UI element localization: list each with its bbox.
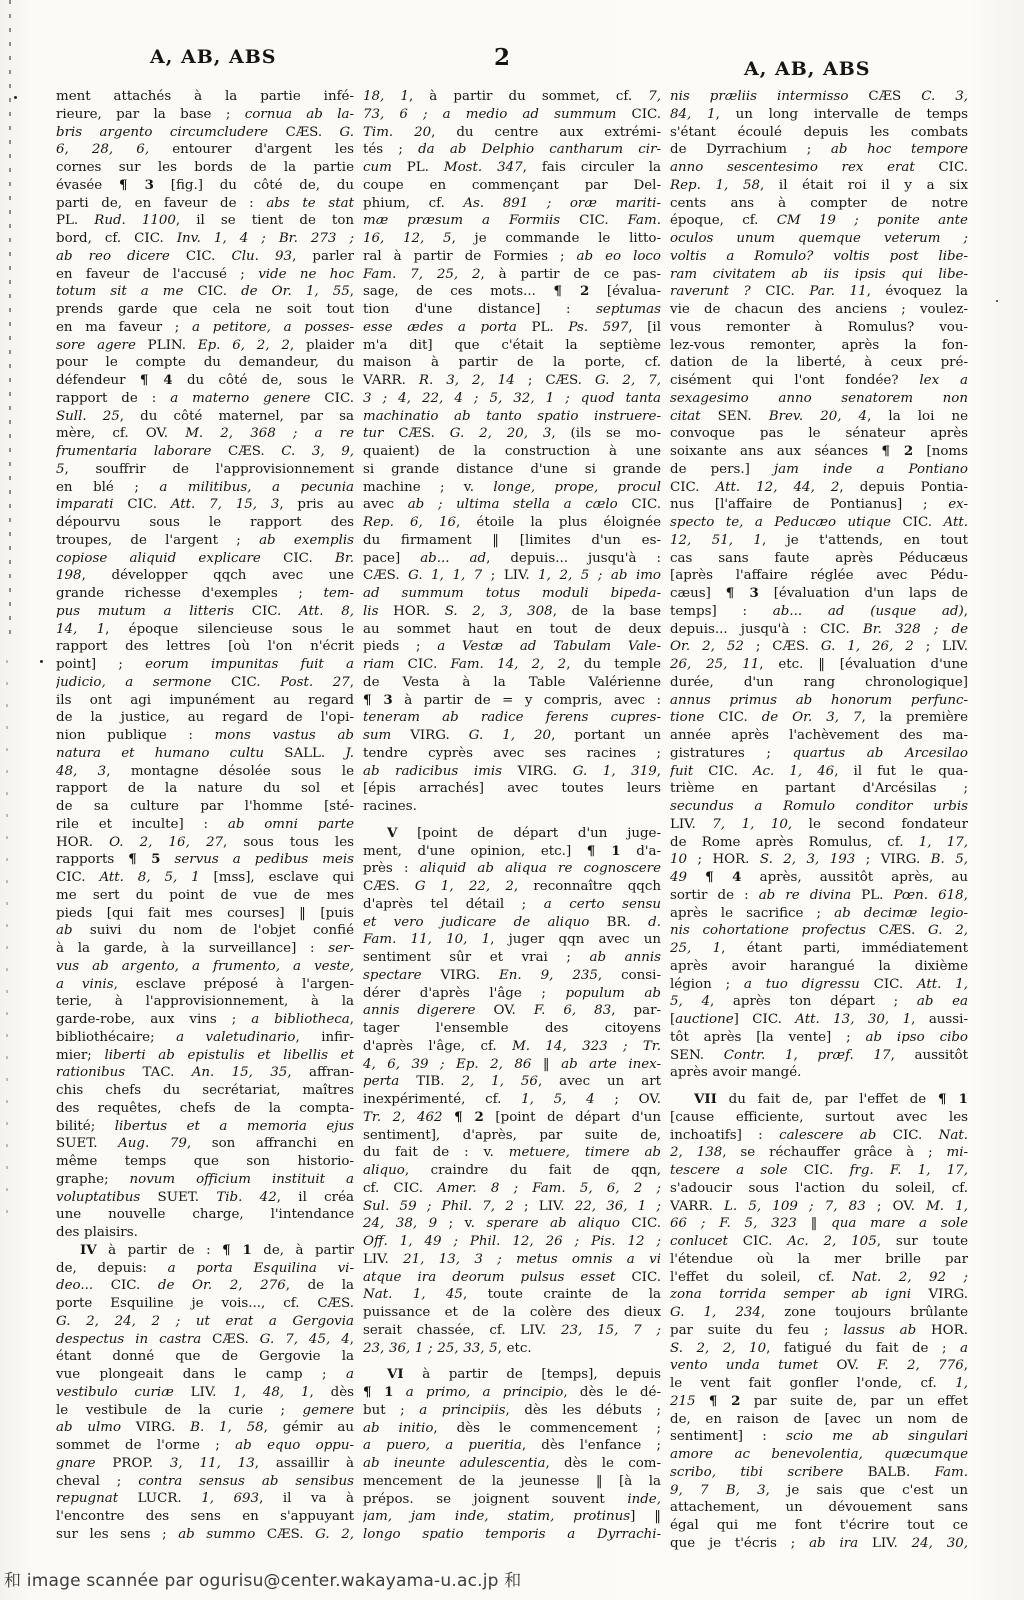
text-line: repugnat LUCR. 1, 693, il va à — [56, 1490, 354, 1508]
text-line: rationibus TAC. An. 15, 35, affran- — [56, 1064, 354, 1082]
text-line: du fait de : v. metuere, timere ab — [363, 1144, 661, 1162]
text-line: pus mutum a litteris CIC. Att. 8, — [56, 603, 354, 621]
text-line: aliquo, craindre du fait de qqn, — [363, 1162, 661, 1180]
text-line: parti de, en faveur de : abs te stat — [56, 195, 354, 213]
text-line: copiose aliquid explicare CIC. Br. — [56, 550, 354, 568]
text-line: si grande distance d'une si grande — [363, 461, 661, 479]
text-line: Sull. 25, du côté maternel, par sa — [56, 408, 354, 426]
text-line: puissance et de la colère des dieux — [363, 1304, 661, 1322]
text-line: sore agere PLIN. Ep. 6, 2, 2, plaider — [56, 337, 354, 355]
text-line: Or. 2, 52 ; CÆS. G. 1, 26, 2 ; LIV. — [670, 638, 968, 656]
text-line: VII du fait de, par l'effet de ¶ 1 — [670, 1091, 968, 1109]
text-line: cents ans à compter de notre — [670, 195, 968, 213]
text-line: anno sescentesimo rex erat CIC. — [670, 159, 968, 177]
text-line: bibliothécaire; a valetudinario, infir- — [56, 1029, 354, 1047]
text-line: 2, 138, se réchauffer grâce à ; mi- — [670, 1144, 968, 1162]
text-line: me sert du point de vue de mes — [56, 887, 354, 905]
text-line: l'étendue où la mer brille par — [670, 1251, 968, 1269]
text-line: oculos unum quemque veterum ; — [670, 230, 968, 248]
text-line: natura et humano cultu SALL. J. — [56, 745, 354, 763]
text-line: cf. CIC. Amer. 8 ; Fam. 5, 6, 2 ; — [363, 1180, 661, 1198]
text-line: longo spatio temporis a Dyrrachi- — [363, 1526, 661, 1544]
text-line: tur CÆS. G. 2, 20, 3, (ils se mo- — [363, 425, 661, 443]
text-line: VI à partir de [temps], depuis — [363, 1366, 661, 1384]
text-line: de Vesta à la Table Valérienne — [363, 674, 661, 692]
text-line: attachement, un dévouement sans — [670, 1499, 968, 1517]
text-line: l'encontre des sens en s'appuyant — [56, 1508, 354, 1526]
text-line: S. 2, 2, 10, fatigué du fait de ; a — [670, 1340, 968, 1358]
text-line: 4, 6, 39 ; Ep. 2, 86 ‖ ab arte inex- — [363, 1056, 661, 1074]
text-line: temps] : ab... ad (usque ad), — [670, 603, 968, 621]
text-line: de Dyrrachium ; ab hoc tempore — [670, 141, 968, 159]
text-line: soixante ans aux séances ¶ 2 [noms — [670, 443, 968, 461]
text-line: CÆS. G. 1, 1, 7 ; LIV. 1, 2, 5 ; ab imo — [363, 567, 661, 585]
text-line: année après l'achèvement des ma- — [670, 727, 968, 745]
text-line: raverunt ? CIC. Par. 11, évoquez la — [670, 283, 968, 301]
text-line: [après l'affaire réglée avec Pédu- — [670, 567, 968, 585]
text-line: ad summum totus moduli bipeda- — [363, 585, 661, 603]
text-line: bilité; libertus et a memoria ejus — [56, 1118, 354, 1136]
text-line: étant donné que de Gergovie la — [56, 1348, 354, 1366]
column-right: nis præliis intermisso CÆS C. 3,84, 1, u… — [670, 88, 968, 1553]
text-line: machine ; v. longe, prope, procul — [363, 479, 661, 497]
column-middle: 18, 1, à partir du sommet, cf. 7,73, 6 ;… — [363, 88, 661, 1553]
text-line: nus [l'affaire de Pontianus] ; ex- — [670, 496, 968, 514]
text-line: après le sacrifice ; ab decimæ legio- — [670, 905, 968, 923]
text-line: Rep. 6, 16, étoile la plus éloignée — [363, 514, 661, 532]
text-line: d'après tel détail ; a certo sensu — [363, 896, 661, 914]
text-line: Off. 1, 49 ; Phil. 12, 26 ; Pis. 12 ; — [363, 1233, 661, 1251]
text-line: gnare PROP. 3, 11, 13, assaillir à — [56, 1455, 354, 1473]
text-line: tager l'ensemble des citoyens — [363, 1020, 661, 1038]
text-line: en ma faveur ; a petitore, a posses- — [56, 319, 354, 337]
text-line: 5, souffrir de l'approvisionnement — [56, 461, 354, 479]
text-line: pour le compte du demandeur, du — [56, 354, 354, 372]
text-line: ab radicibus imis VIRG. G. 1, 319, — [363, 763, 661, 781]
text-line: 12, 51, 1, je t'attends, en tout — [670, 532, 968, 550]
text-line: tés ; da ab Delphio cantharum cir- — [363, 141, 661, 159]
text-line: [épis arrachés] avec toutes leurs — [363, 780, 661, 798]
text-line: 26, 25, 11, etc. ‖ [évaluation d'une — [670, 656, 968, 674]
text-line: mencement de la jeunesse ‖ [à la — [363, 1473, 661, 1491]
text-line: 66 ; F. 5, 323 ‖ qua mare a sole — [670, 1215, 968, 1233]
text-line: cheval ; contra sensus ab sensibus — [56, 1473, 354, 1491]
text-line: G. 2, 24, 2 ; ut erat a Gergovia — [56, 1313, 354, 1331]
text-line: scribo, tibi scribere BALB. Fam. — [670, 1464, 968, 1482]
text-line: époque, cf. CM 19 ; ponite ante — [670, 212, 968, 230]
text-columns: ment attachés à la partie infé-rieure, p… — [56, 88, 968, 1553]
text-line: s'étant écoulé depuis les combats — [670, 124, 968, 142]
text-line: mæ præsum a Formiis CIC. Fam. — [363, 212, 661, 230]
text-line: totum sit a me CIC. de Or. 1, 55, — [56, 283, 354, 301]
text-line: inexpérimenté, cf. 1, 5, 4 ; OV. — [363, 1091, 661, 1109]
text-line: de, depuis: a porta Esquilina vi- — [56, 1260, 354, 1278]
text-line: 215 ¶ 2 par suite de, par un effet — [670, 1393, 968, 1411]
text-line: ram civitatem ab iis ipsis qui libe- — [670, 266, 968, 284]
text-line: à la garde, à la surveillance] : ser- — [56, 940, 354, 958]
text-line: rapport de : a materno genere CIC. — [56, 390, 354, 408]
text-line: de Rome après Romulus, cf. 1, 17, — [670, 834, 968, 852]
text-line: esse ædes a porta PL. Ps. 597, [il — [363, 319, 661, 337]
text-line: imparati CIC. Att. 7, 15, 3, pris au — [56, 496, 354, 514]
text-line: rieure, par la base ; cornua ab la- — [56, 106, 354, 124]
text-line: HOR. O. 2, 16, 27, sous tous les — [56, 834, 354, 852]
text-line: amore ac benevolentia, quæcumque — [670, 1446, 968, 1464]
text-line: Nat. 1, 45, toute crainte de la — [363, 1286, 661, 1304]
text-line: racines. — [363, 798, 661, 816]
text-line: secundus a Romulo conditor urbis — [670, 798, 968, 816]
text-line: fuit CIC. Ac. 1, 46, il fut le qua- — [670, 763, 968, 781]
text-line: sentiment sûr et vrai ; ab annis — [363, 949, 661, 967]
text-line: voluptatibus SUET. Tib. 42, il créa — [56, 1189, 354, 1207]
text-line: en blé ; a militibus, a pecunia — [56, 479, 354, 497]
text-line: sommet de l'orme ; ab equo oppu- — [56, 1437, 354, 1455]
text-line: rapports ¶ 5 servus a pedibus meis — [56, 851, 354, 869]
text-line: ab reo dicere CIC. Clu. 93, parler — [56, 248, 354, 266]
text-line: gistratures ; quartus ab Arcesilao — [670, 745, 968, 763]
text-line: et vero judicare de aliquo BR. d. — [363, 914, 661, 932]
text-line: ¶ 1 a primo, a principio, dès le dé- — [363, 1384, 661, 1402]
text-line: phium, cf. As. 891 ; oræ mariti- — [363, 195, 661, 213]
scan-artifact-line — [6, 660, 8, 1220]
text-line: d'après l'âge, cf. M. 14, 323 ; Tr. — [363, 1038, 661, 1056]
text-line: atque ira deorum pulsus esset CIC. — [363, 1269, 661, 1287]
text-line: VARR. R. 3, 2, 14 ; CÆS. G. 2, 7, — [363, 372, 661, 390]
text-line: vento unda tumet OV. F. 2, 776, — [670, 1357, 968, 1375]
text-line: VARR. L. 5, 109 ; 7, 83 ; OV. M. 1, — [670, 1198, 968, 1216]
text-line: cas sans faute après Péducæus — [670, 550, 968, 568]
scan-artifact-line — [9, 0, 11, 640]
text-line: Rep. 1, 58, il était roi il y a six — [670, 177, 968, 195]
text-line: évasée ¶ 3 [fig.] du côté de, du — [56, 177, 354, 195]
text-line: le vent fait gonfler l'onde, cf. 1, — [670, 1375, 968, 1393]
text-line: machinatio ab tanto spatio instruere- — [363, 408, 661, 426]
text-line: sortir de : ab re divina PL. Pœn. 618, — [670, 887, 968, 905]
text-line: une nouvelle charge, l'intendance — [56, 1206, 354, 1224]
text-line: Tim. 20, du centre aux extrémi- — [363, 124, 661, 142]
text-line: ab ulmo VIRG. B. 1, 58, gémir au — [56, 1419, 354, 1437]
text-line: zona torrida semper ab igni VIRG. — [670, 1286, 968, 1304]
text-line: CÆS. G 1, 22, 2, reconnaître qqch — [363, 878, 661, 896]
scan-credit-line: 和 image scannée par ogurisu@center.wakay… — [4, 1566, 521, 1591]
text-line: deo... CIC. de Or. 2, 276, de la — [56, 1277, 354, 1295]
text-line: que je t'écris ; ab ira LIV. 24, 30, — [670, 1535, 968, 1553]
text-line: prends garde que cela ne soit tout — [56, 301, 354, 319]
text-line: ab ineunte adulescentia, dès le com- — [363, 1455, 661, 1473]
text-line: SEN. Contr. 1, præf. 17, aussitôt — [670, 1047, 968, 1065]
text-line: 48, 3, montagne désolée sous le — [56, 763, 354, 781]
text-line: vie de chacun des anciens ; voulez- — [670, 301, 968, 319]
text-line: conlucet CIC. Ac. 2, 105, sur toute — [670, 1233, 968, 1251]
text-line: 6, 28, 6, entourer d'argent les — [56, 141, 354, 159]
text-line: durée, d'un rang chronologique] — [670, 674, 968, 692]
text-line: inchoatifs] : calescere ab CIC. Nat. — [670, 1127, 968, 1145]
text-line: ral à partir de Formies ; ab eo loco — [363, 248, 661, 266]
text-line: 49 ¶ 4 après, aussitôt après, au — [670, 869, 968, 887]
text-line: citat SEN. Brev. 20, 4, la loi ne — [670, 408, 968, 426]
text-line: cornes sur les bords de la partie — [56, 159, 354, 177]
text-line: a vinis, esclave préposé à l'argen- — [56, 976, 354, 994]
text-line: porte Esquiline je vois..., cf. CÆS. — [56, 1295, 354, 1313]
text-line: pace] ab... ad, depuis... jusqu'à : — [363, 550, 661, 568]
page-number: 2 — [494, 44, 510, 71]
text-line: 198, développer qqch avec une — [56, 567, 354, 585]
text-line: lis HOR. S. 2, 3, 308, de la base — [363, 603, 661, 621]
text-line: de pers.] jam inde a Pontiano — [670, 461, 968, 479]
scan-speck — [40, 660, 43, 663]
text-line: point] ; eorum impunitas fuit a — [56, 656, 354, 674]
text-line: 3 ; 4, 22, 4 ; 5, 32, 1 ; quod tanta — [363, 390, 661, 408]
text-line: tion d'une distance] : septumas — [363, 301, 661, 319]
text-line: judicio, a sermone CIC. Post. 27, — [56, 674, 354, 692]
text-line: sentiment], d'après, par suite de, — [363, 1127, 661, 1145]
running-head-right: A, AB, ABS — [744, 58, 871, 80]
text-line: ment attachés à la partie infé- — [56, 88, 354, 106]
text-line: dérer d'après l'âge ; populum ab — [363, 985, 661, 1003]
text-line: vestibulo curiæ LIV. 1, 48, 1, dès — [56, 1384, 354, 1402]
text-line: riam CIC. Fam. 14, 2, 2, du temple — [363, 656, 661, 674]
text-line: troupes, de l'argent ; ab exemplis — [56, 532, 354, 550]
text-line: but ; a principiis, dès les débuts ; — [363, 1402, 661, 1420]
text-line: des requêtes, chefs de la compta- — [56, 1100, 354, 1118]
text-line: [cause efficiente, surtout avec les — [670, 1109, 968, 1127]
text-line: tione CIC. de Or. 3, 7, la première — [670, 709, 968, 727]
column-left: ment attachés à la partie infé-rieure, p… — [56, 88, 354, 1553]
text-line: [auctione] CIC. Att. 13, 30, 1, aussi- — [670, 1011, 968, 1029]
text-line: 9, 7 B, 3, je sais que c'est un — [670, 1482, 968, 1500]
text-line: frumentaria laborare CÆS. C. 3, 9, — [56, 443, 354, 461]
text-line: LIV. 7, 1, 10, le second fondateur — [670, 816, 968, 834]
text-line: PL. Rud. 1100, il se tient de ton — [56, 212, 354, 230]
text-line: prépos. se joignent souvent inde, — [363, 1491, 661, 1509]
text-line: 10 ; HOR. S. 2, 3, 193 ; VIRG. B. 5, — [670, 851, 968, 869]
text-line: nis præliis intermisso CÆS C. 3, — [670, 88, 968, 106]
text-line: du firmament ‖ [limites d'un es- — [363, 532, 661, 550]
text-line: graphe; novum officium instituit a — [56, 1171, 354, 1189]
text-line: nis cohortatione profectus CÆS. G. 2, — [670, 922, 968, 940]
text-line: LIV. 21, 13, 3 ; metus omnis a vi — [363, 1251, 661, 1269]
text-line: pieds ; a Vestæ ad Tabulam Vale- — [363, 638, 661, 656]
text-line: G. 1, 234, zone toujours brûlante — [670, 1304, 968, 1322]
text-line: égal qui me font t'écrire tout ce — [670, 1517, 968, 1535]
scanned-dictionary-page: A, AB, ABS 2 A, AB, ABS ment attachés à … — [0, 0, 1024, 1600]
text-line: terie, à l'approvisionnement, à la — [56, 993, 354, 1011]
text-line: près : aliquid ab aliqua re cognoscere — [363, 860, 661, 878]
text-line: par suite du feu ; lassus ab HOR. — [670, 1322, 968, 1340]
text-line: ab initio, dès le commencement ; — [363, 1420, 661, 1438]
text-line: rapport de la nature du sol et — [56, 780, 354, 798]
text-line: chis chefs du secrétariat, maîtres — [56, 1082, 354, 1100]
text-line: le vestibule de la curie ; gemere — [56, 1402, 354, 1420]
text-line: bris argento circumcludere CÆS. G. — [56, 124, 354, 142]
text-line: bord, cf. CIC. Inv. 1, 4 ; Br. 273 ; — [56, 230, 354, 248]
text-line: dation de la liberté, à ceux pré- — [670, 354, 968, 372]
text-line: dépourvu sous le rapport des — [56, 514, 354, 532]
text-line: 16, 12, 5, je commande le litto- — [363, 230, 661, 248]
text-line: mier; liberti ab epistulis et libellis e… — [56, 1047, 354, 1065]
text-line: SUET. Aug. 79, son affranchi en — [56, 1135, 354, 1153]
text-line: trième en partant d'Arcésilas ; — [670, 780, 968, 798]
text-line: après avoir harangué la dixième — [670, 958, 968, 976]
text-line: sexagesimo anno senatorem non — [670, 390, 968, 408]
text-line: vue plongeait dans le camp ; a — [56, 1366, 354, 1384]
text-line: en faveur de l'accusé ; vide ne hoc — [56, 266, 354, 284]
text-line: Fam. 7, 25, 2, à partir de ce pas- — [363, 266, 661, 284]
text-line: Fam. 11, 10, 1, juger qqn avec un — [363, 931, 661, 949]
scan-speck — [996, 300, 998, 302]
text-line: sentiment] : scio me ab singulari — [670, 1428, 968, 1446]
text-line: légion ; a tuo digressu CIC. Att. 1, — [670, 976, 968, 994]
text-line: sage, de ces mots... ¶ 2 [évalua- — [363, 283, 661, 301]
text-line: grande richesse d'exemples ; tem- — [56, 585, 354, 603]
text-line: ils ont agi impunément au regard — [56, 692, 354, 710]
text-line: cæus] ¶ 3 [évaluation d'un laps de — [670, 585, 968, 603]
text-line: 5, 4, après ton départ ; ab ea — [670, 993, 968, 1011]
text-line: avec ab ; ultima stella a cælo CIC. — [363, 496, 661, 514]
text-line: 14, 1, époque silencieuse sous le — [56, 621, 354, 639]
text-line: annis digerere OV. F. 6, 83, par- — [363, 1002, 661, 1020]
text-line: annus primus ab honorum perfunc- — [670, 692, 968, 710]
text-line: CIC. Att. 8, 5, 1 [mss], esclave qui — [56, 869, 354, 887]
text-line: rapport des lettres [où l'on n'écrit — [56, 638, 354, 656]
text-line: a puero, a pueritia, dès l'enfance ; — [363, 1437, 661, 1455]
text-line: CIC. Att. 12, 44, 2, depuis Pontia- — [670, 479, 968, 497]
text-line: IV à partir de : ¶ 1 de, à partir — [56, 1242, 354, 1260]
text-line: de, en raison de [avec un nom de — [670, 1411, 968, 1429]
text-line: cisément qui l'ont fondée? lex a — [670, 372, 968, 390]
text-line: sum VIRG. G. 1, 20, portant un — [363, 727, 661, 745]
text-line: sur les sens ; ab summo CÆS. G. 2, — [56, 1526, 354, 1544]
text-line: même temps que son historio- — [56, 1153, 354, 1171]
text-line: s'adoucir sous l'action du soleil, cf. — [670, 1180, 968, 1198]
text-line: 25, 1, étant parti, immédiatement — [670, 940, 968, 958]
text-line: tescere a sole CIC. frg. F. 1, 17, — [670, 1162, 968, 1180]
text-line: pieds [qui fait mes courses] ‖ [puis — [56, 905, 354, 923]
text-line: perta TIB. 2, 1, 56, avec un art — [363, 1073, 661, 1091]
text-line: depuis... jusqu'à : CIC. Br. 328 ; de — [670, 621, 968, 639]
text-line: 18, 1, à partir du sommet, cf. 7, — [363, 88, 661, 106]
text-line: V [point de départ d'un juge- — [363, 825, 661, 843]
text-line: quaient) de la construction à une — [363, 443, 661, 461]
text-line: des plaisirs. — [56, 1224, 354, 1242]
text-line: de la justice, au regard de l'opi- — [56, 709, 354, 727]
running-head-left: A, AB, ABS — [150, 46, 277, 68]
text-line: despectus in castra CÆS. G. 7, 45, 4, — [56, 1331, 354, 1349]
text-line: voltis a Romulo? voltis post libe- — [670, 248, 968, 266]
text-line: ab suivi du nom de l'objet confié — [56, 922, 354, 940]
text-line: défendeur ¶ 4 du côté de, sous le — [56, 372, 354, 390]
text-line: 84, 1, un long intervalle de temps — [670, 106, 968, 124]
text-line: de sa culture par l'homme [sté- — [56, 798, 354, 816]
text-line: vous remonter à Romulus? vou- — [670, 319, 968, 337]
text-line: rile et inculte] : ab omni parte — [56, 816, 354, 834]
text-line: après avoir mangé. — [670, 1064, 968, 1082]
text-line: teneram ab radice ferens cupres- — [363, 709, 661, 727]
text-line: l'effet du soleil, cf. Nat. 2, 92 ; — [670, 1269, 968, 1287]
text-line: tendre cyprès avec ses racines ; — [363, 745, 661, 763]
text-line: garde-robe, aux vins ; a bibliotheca, — [56, 1011, 354, 1029]
text-line: spectare VIRG. En. 9, 235, consi- — [363, 967, 661, 985]
text-line: au sommet haut en tout de deux — [363, 621, 661, 639]
text-line: jam, jam inde, statim, protinus] ‖ — [363, 1508, 661, 1526]
text-line: coupe en commençant par Del- — [363, 177, 661, 195]
text-line: tôt après [la vente] ; ab ipso cibo — [670, 1029, 968, 1047]
text-line: specto te, a Peducæo utique CIC. Att. — [670, 514, 968, 532]
text-line: mère, cf. OV. M. 2, 368 ; a re — [56, 425, 354, 443]
text-line: 23, 36, 1 ; 25, 33, 5, etc. — [363, 1340, 661, 1358]
text-line: convoque pas le sénateur après — [670, 425, 968, 443]
text-line: lez-vous remonter, après la fon- — [670, 337, 968, 355]
text-line: Sul. 59 ; Phil. 7, 2 ; LIV. 22, 36, 1 ; — [363, 1198, 661, 1216]
text-line: m'a dit] que c'était la septième — [363, 337, 661, 355]
text-line: ¶ 3 à partir de = y compris, avec : — [363, 692, 661, 710]
text-line: ment, d'une opinion, etc.] ¶ 1 d'a- — [363, 843, 661, 861]
text-line: cum PL. Most. 347, fais circuler la — [363, 159, 661, 177]
text-line: vus ab argento, a frumento, a veste, — [56, 958, 354, 976]
text-line: Tr. 2, 462 ¶ 2 [point de départ d'un — [363, 1109, 661, 1127]
text-line: 73, 6 ; a medio ad summum CIC. — [363, 106, 661, 124]
text-line: 24, 38, 9 ; v. sperare ab aliquo CIC. — [363, 1215, 661, 1233]
text-line: serait chassée, cf. LIV. 23, 15, 7 ; — [363, 1322, 661, 1340]
scan-speck — [14, 96, 17, 99]
text-line: maison à partir de la porte, cf. — [363, 354, 661, 372]
text-line: nion publique : mons vastus ab — [56, 727, 354, 745]
